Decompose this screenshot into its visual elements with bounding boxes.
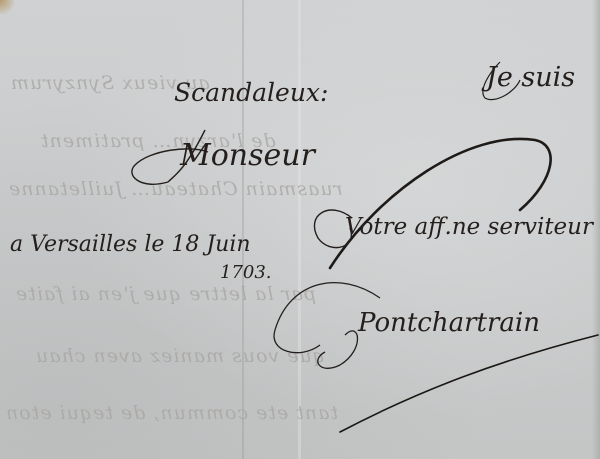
year: 1703. [220, 262, 272, 283]
paper-right-edge [592, 0, 600, 459]
closing-phrase: Je suis [486, 62, 575, 93]
place-and-date: a Versailles le 18 Juin [10, 232, 251, 257]
letter-document: au vieux Synzyrum de l'arzyn… pratiment … [0, 0, 600, 459]
salutation: Monseur [180, 138, 315, 173]
bleed-through-line: par la lettre que j'en ai faite [15, 283, 316, 305]
bleed-through-line: que vous maniez aven chau [35, 345, 325, 367]
signature: Pontchartrain [358, 308, 540, 338]
paper-fold-line [298, 0, 301, 459]
bleed-through-line: tant ete commun, de tequi eton [5, 402, 338, 424]
corner-stain [0, 0, 14, 14]
paper-fold-line [242, 0, 244, 459]
bleed-through-line: ruasmain Chateau… Juilletanne [8, 178, 343, 200]
closing-word: Scandaleux: [174, 78, 328, 107]
valediction: Votre aff.ne serviteur [345, 214, 593, 240]
